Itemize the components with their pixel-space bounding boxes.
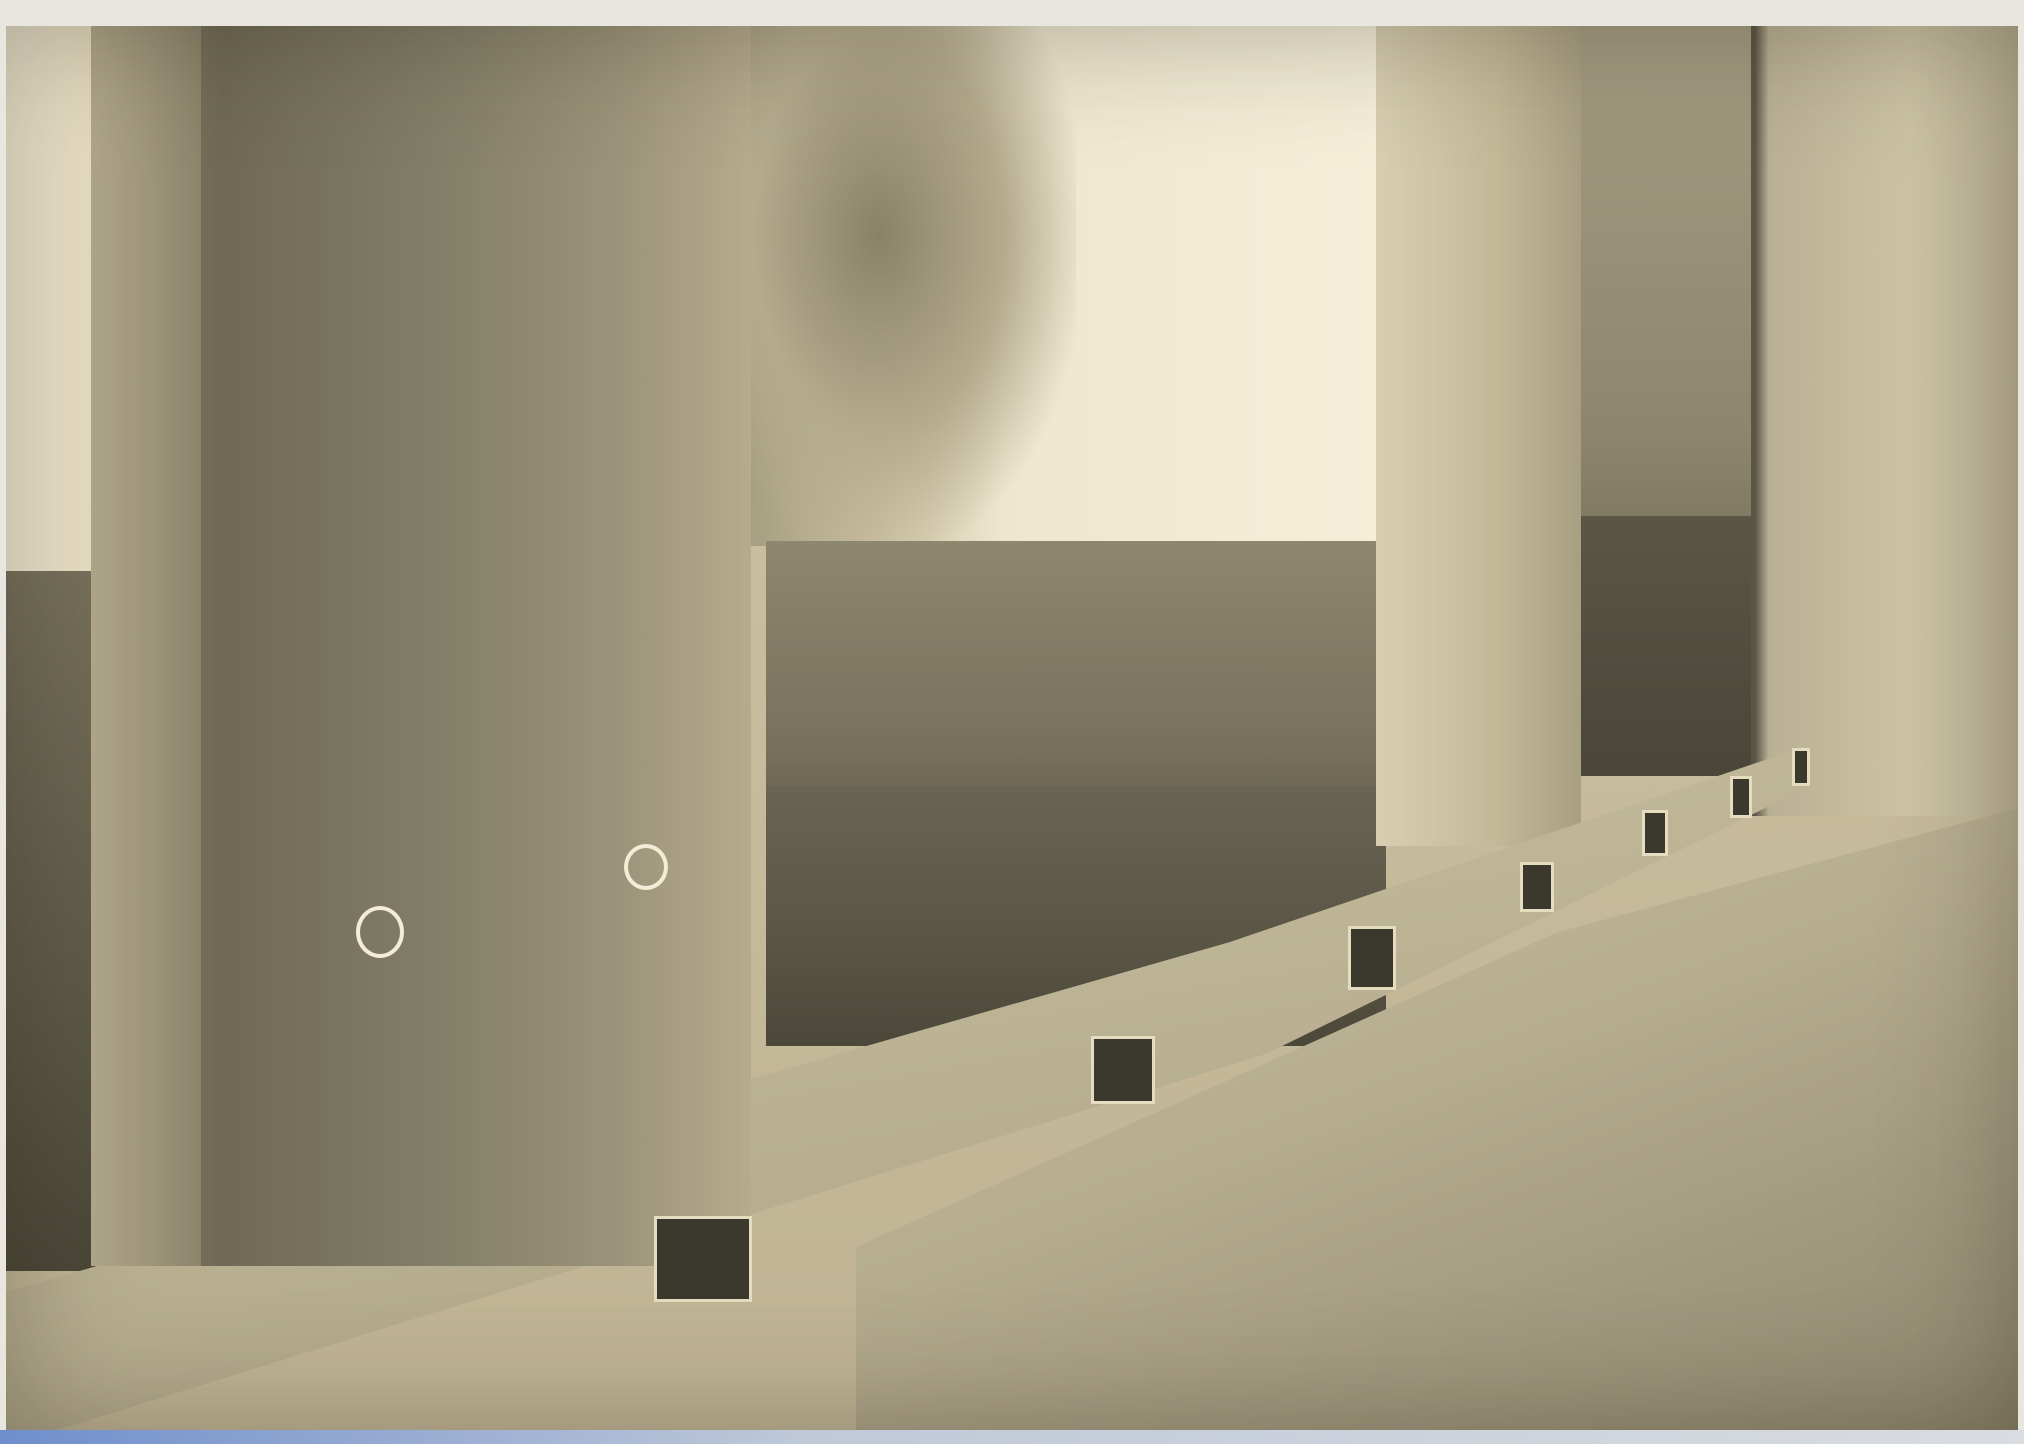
photograph [0,0,2024,1444]
vignette [6,26,2018,1434]
scan-edge [0,1430,2024,1444]
photo-print [6,26,2018,1434]
